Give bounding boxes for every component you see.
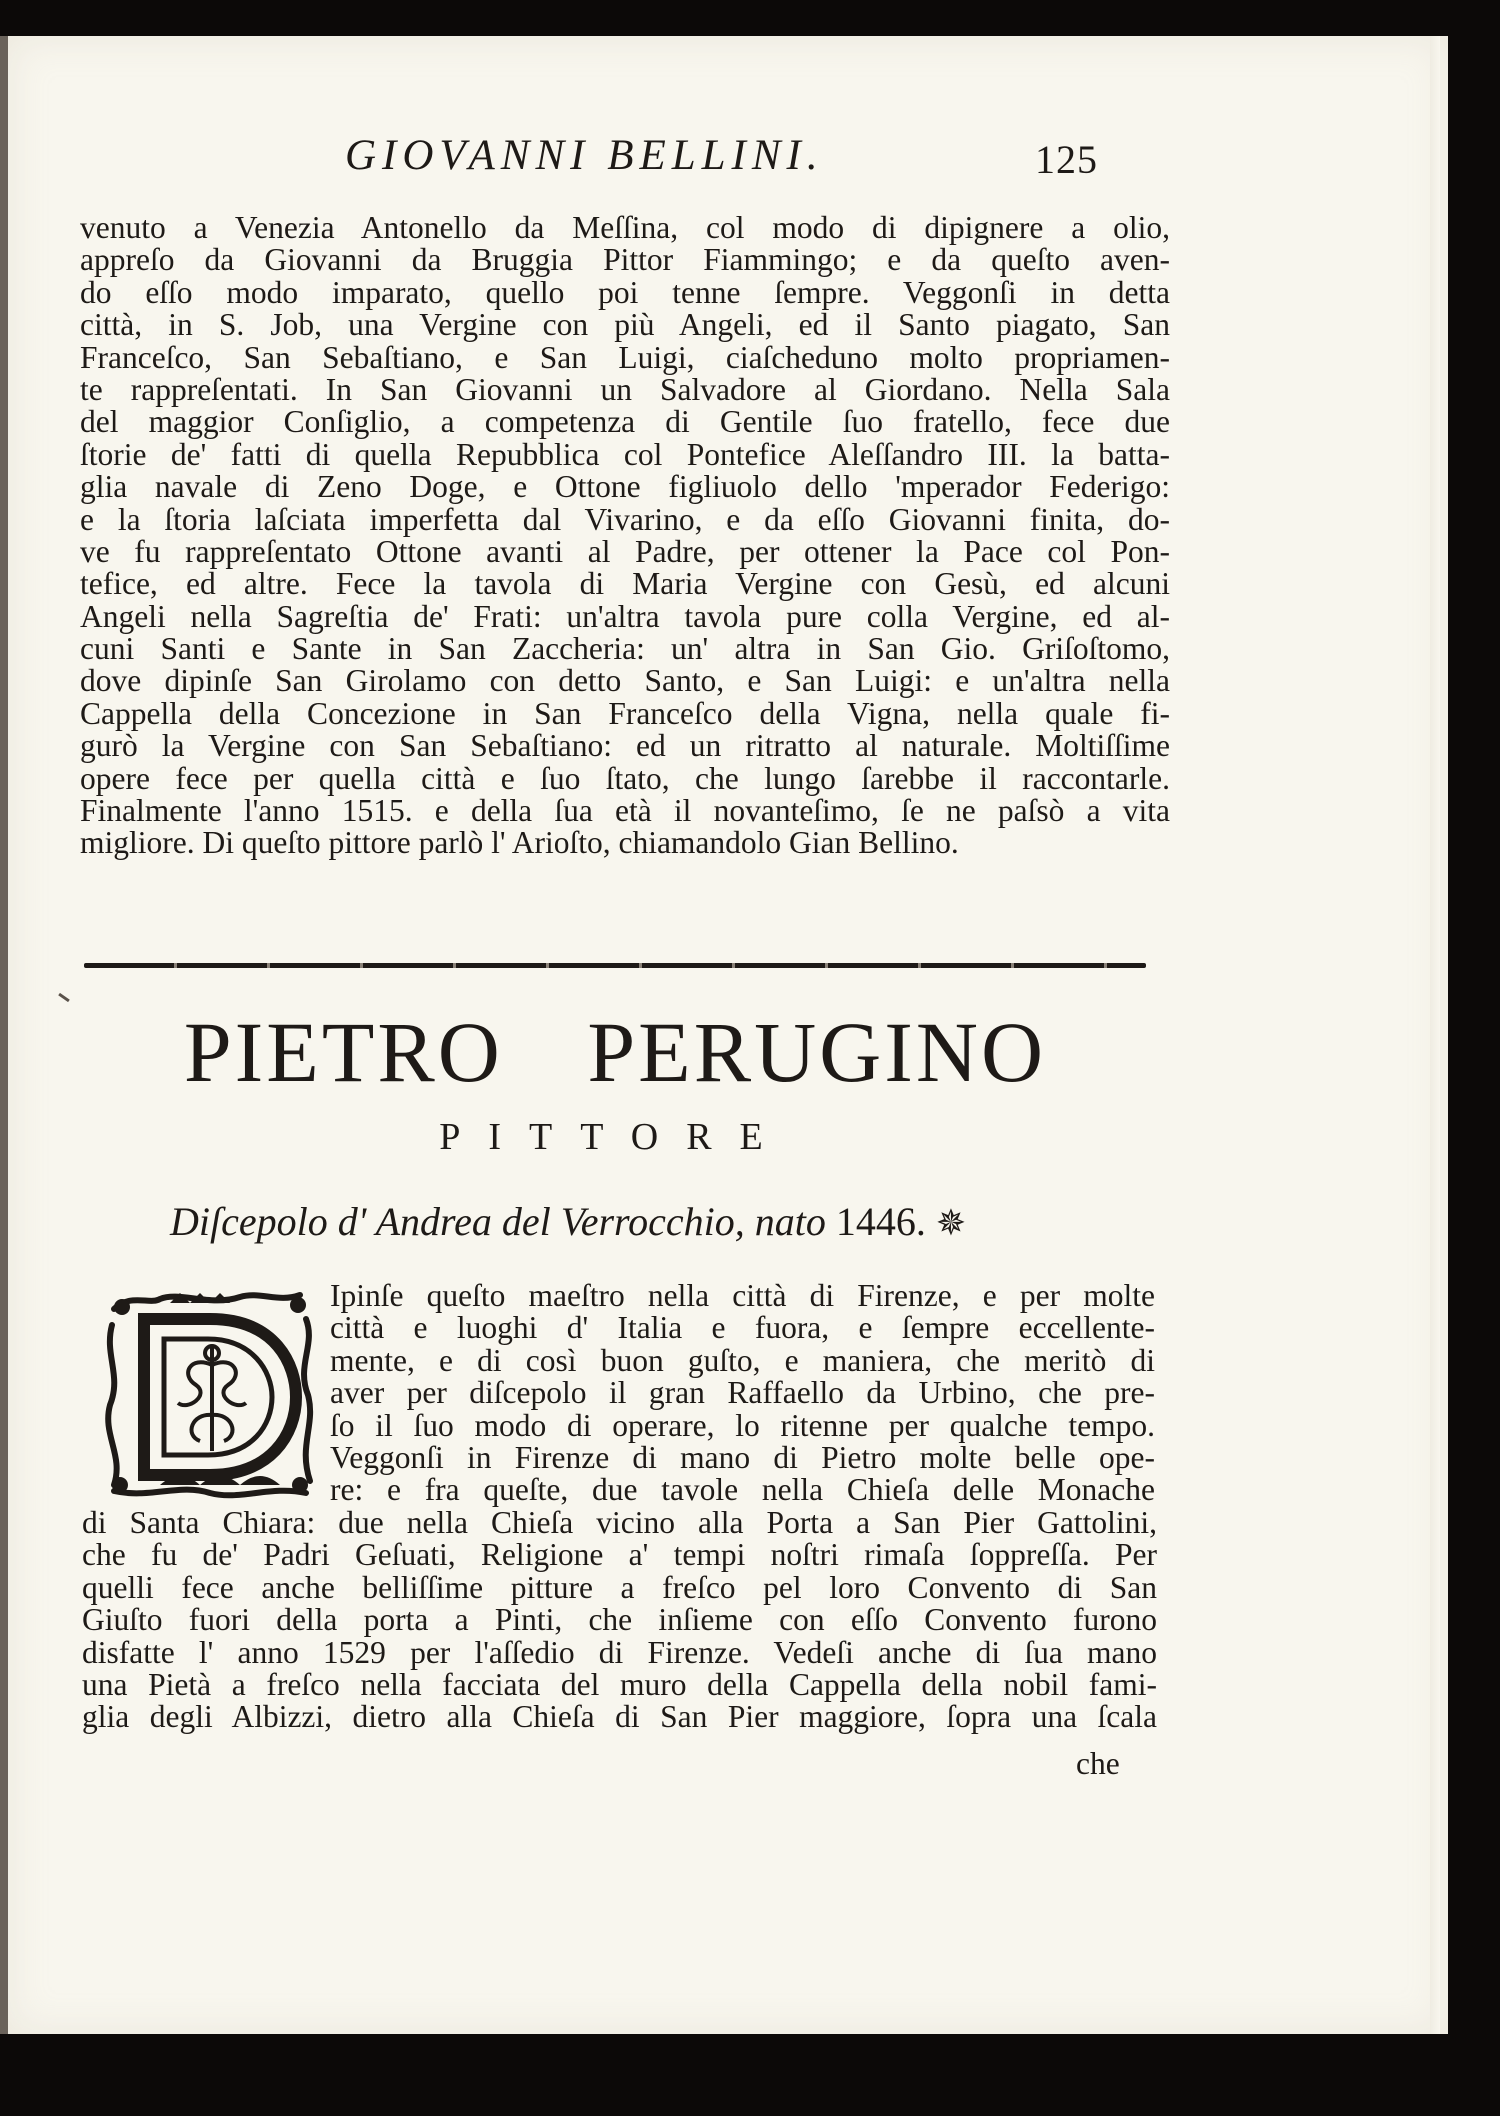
text-line: del maggior Conſiglio, a competenza di G… [80,406,1170,438]
text-line: Franceſco, San Sebaſtiano, e San Luigi, … [80,342,1170,374]
drop-cap-d-icon [100,1285,320,1505]
text-line: disfatte l' anno 1529 per l'aſſedio di F… [82,1637,1157,1669]
section-subtitle: PITTORE [0,1112,1230,1162]
text-line: Ipinſe queſto maeſtro nella città di Fir… [330,1280,1155,1312]
text-line: e la ſtoria laſciata imperfetta dal Viva… [80,504,1170,536]
byline-text: Diſcepolo d' Andrea del Verrocchio, nato [170,1199,826,1244]
text-line: Cappella della Concezione in San Franceſ… [80,698,1170,730]
section-divider-rule [84,963,1146,968]
text-line: venuto a Venezia Antonello da Meſſina, c… [80,212,1170,244]
ornamental-drop-cap [100,1285,320,1505]
text-line: glia navale di Zeno Doge, e Ottone figli… [80,471,1170,503]
perugino-indented-text: Ipinſe queſto maeſtro nella città di Fir… [330,1280,1155,1507]
text-line: Veggonſi in Firenze di mano di Pietro mo… [330,1442,1155,1474]
text-line: Giuſto fuori della porta a Pinti, che in… [82,1604,1157,1636]
text-line: quelli fece anche belliſſime pitture a f… [82,1572,1157,1604]
text-line: di Santa Chiara: due nella Chieſa vicino… [82,1507,1157,1539]
text-line: tefice, ed altre. Fece la tavola di Mari… [80,568,1170,600]
section-title: PIETRO PERUGINO [0,1002,1230,1102]
running-head: GIOVANNI BELLINI. 125 [0,126,1500,186]
text-line: ve fu rappreſentato Ottone avanti al Pad… [80,536,1170,568]
text-line: ſo il ſuo modo di operare, lo ritenne pe… [330,1410,1155,1442]
text-line: città e luoghi d' Italia e fuora, e ſemp… [330,1312,1155,1344]
page-gutter-shadow [1430,36,1440,2034]
text-line: cuni Santi e Sante in San Zaccheria: un'… [80,633,1170,665]
bellini-text-block: venuto a Venezia Antonello da Meſſina, c… [80,212,1170,860]
text-line: dove dipinſe San Girolamo con detto Sant… [80,665,1170,697]
text-line: re: e fra queſte, due tavole nella Chieſ… [330,1474,1155,1506]
text-line: che fu de' Padri Geſuati, Religione a' t… [82,1539,1157,1571]
text-line: città, in S. Job, una Vergine con più An… [80,309,1170,341]
ornament-star-icon: ✵ [936,1203,966,1243]
byline-year: 1446. [836,1199,926,1244]
text-line: ſtorie de' fatti di quella Repubblica co… [80,439,1170,471]
text-line: aver per diſcepolo il gran Raffaello da … [330,1377,1155,1409]
text-line: gurò la Vergine con San Sebaſtiano: ed u… [80,730,1170,762]
text-line: te rappreſentati. In San Giovanni un Sal… [80,374,1170,406]
text-line: appreſo da Giovanni da Bruggia Pittor Fi… [80,244,1170,276]
section-byline: Diſcepolo d' Andrea del Verrocchio, nato… [170,1192,966,1253]
text-line: opere fece per quella città e ſuo ſtato,… [80,763,1170,795]
text-line: Angeli nella Sagreſtia de' Frati: un'alt… [80,601,1170,633]
text-line: migliore. Di queſto pittore parlò l' Ari… [80,827,1170,859]
text-line: mente, e di così buon guſto, e maniera, … [330,1345,1155,1377]
running-title: GIOVANNI BELLINI. [345,126,824,186]
perugino-full-text: di Santa Chiara: due nella Chieſa vicino… [82,1507,1157,1734]
text-line: una Pietà a freſco nella facciata del mu… [82,1669,1157,1701]
text-line: Finalmente l'anno 1515. e della ſua età … [80,795,1170,827]
text-line: glia degli Albizzi, dietro alla Chieſa d… [82,1701,1157,1733]
text-line: do eſſo modo imparato, quello poi tenne … [80,277,1170,309]
catchword: che [1076,1748,1120,1780]
page-number: 125 [1035,130,1098,190]
